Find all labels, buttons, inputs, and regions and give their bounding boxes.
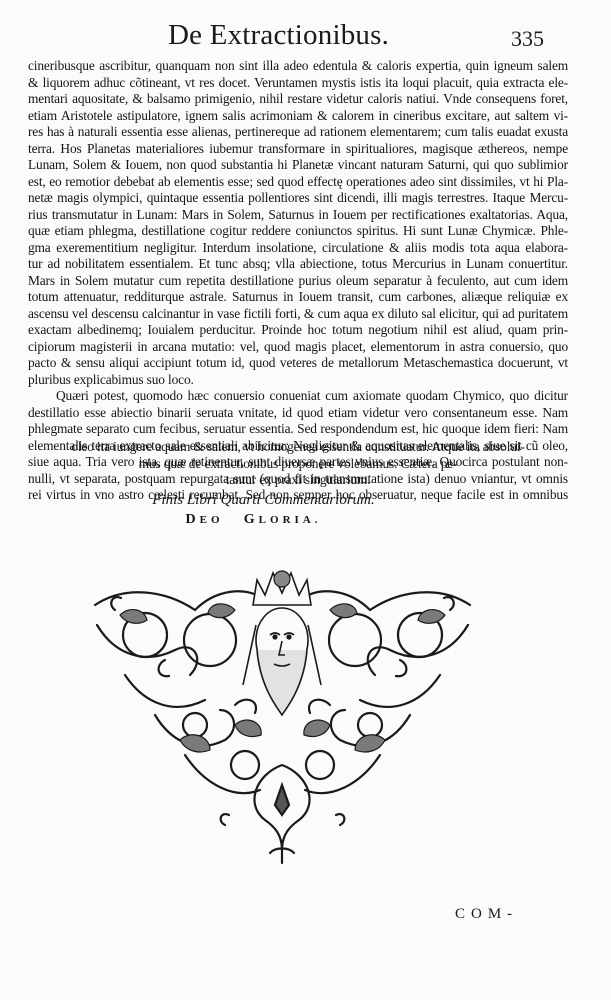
text-line: rius transmutatur in Lunam: Mars in Sole… xyxy=(28,207,568,224)
gloria-initial: G xyxy=(244,512,259,527)
deo-initial: D xyxy=(186,512,200,527)
paragraph-start-line: Quæri potest, quomodo hæc conuersio conu… xyxy=(28,388,568,405)
text-line: tur ad nobilitatem essentialem. Et tunc … xyxy=(28,256,568,273)
text-line: terra. Hos Planetas materialiores iubemu… xyxy=(28,141,568,158)
catchword: COM- xyxy=(455,906,518,923)
deo-rest: EO xyxy=(200,514,224,526)
text-line: exactam albedinemq; Iouialem perducitur.… xyxy=(28,322,568,339)
text-line: totum attenuatur, redditurque astrale. S… xyxy=(28,289,568,306)
finis-line: Finis Libri Quarti Commentariorum. xyxy=(0,492,569,509)
text-line: quæ etiam phlegma, destillatione cogitur… xyxy=(28,223,568,240)
running-head: De Extractionibus. 335 xyxy=(0,19,611,55)
text-line: netæ magis olympici, quintaque essentia … xyxy=(28,190,568,207)
book-page: De Extractionibus. 335 cineribusque ascr… xyxy=(0,0,611,1000)
text-line: cipiorum magisterii in arcana mutatio: v… xyxy=(28,339,568,356)
text-line: est, eo remotior debebat ab elementis es… xyxy=(28,174,568,191)
tapered-line: mus quæ de extractionibus proponere vole… xyxy=(28,456,568,473)
tailpiece-ornament-icon xyxy=(85,565,480,865)
text-line: & liquorem adhuc cõtineant, vt res docet… xyxy=(28,75,568,92)
deo-gloria: DEO GLORIA. xyxy=(0,512,559,528)
text-line: cineribusque ascribitur, quanquam non si… xyxy=(28,58,568,75)
page-number: 335 xyxy=(511,26,544,52)
text-line: res has à naturali essentia esse alienas… xyxy=(28,124,568,141)
text-line: etiam Aristotele astipulatore, ignem sal… xyxy=(28,108,568,125)
text-line: gma exerementitium negligitur. Interdum … xyxy=(28,240,568,257)
paragraph-end-line: pluribus explicabimus suo loco. xyxy=(28,372,568,389)
gloria-rest: LORIA. xyxy=(259,514,322,526)
text-line: Lunam, Solem & Iouem, non quod substanti… xyxy=(28,157,568,174)
text-line: Mars in Solem mutatur cum repetita desti… xyxy=(28,273,568,290)
text-line: ascensu vel descensu calcinantur in vase… xyxy=(28,306,568,323)
body-text: cineribusque ascribitur, quanquam non si… xyxy=(28,58,568,504)
tapered-paragraph-end: oleo ita iungere aquam & salem, vt homog… xyxy=(28,439,568,489)
running-title: De Extractionibus. xyxy=(168,19,389,52)
text-line: pacto & sensu aliqui accipiunt totum id,… xyxy=(28,355,568,372)
text-line: phlegmate separato cum fecibus, seruatur… xyxy=(28,421,568,438)
tapered-line: oleo ita iungere aquam & salem, vt homog… xyxy=(28,439,568,456)
text-line: mentari aquositate, & balsamo primigenio… xyxy=(28,91,568,108)
tapered-line: tantur ex praxi singularium. xyxy=(28,472,568,489)
text-line: destillatio esse abiectio binarii seruat… xyxy=(28,405,568,422)
